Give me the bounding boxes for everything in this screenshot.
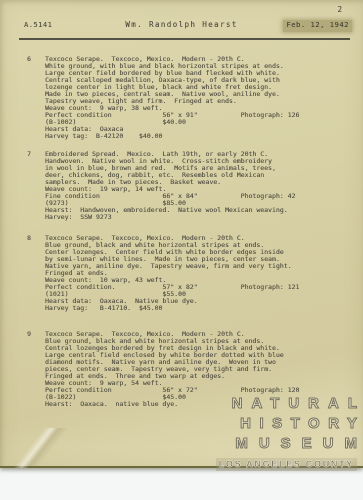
scanned-document-page: 2 A.5141 Wm. Randolph Hearst Feb. 12, 19… bbox=[0, 0, 363, 500]
header-rule bbox=[19, 38, 350, 40]
catalog-item-list: 6 Texcoco Serape. Texcoco, Mexico. Moder… bbox=[27, 56, 347, 408]
watermark-county-band: LOS ANGELES COUNTY bbox=[216, 458, 357, 471]
catalog-item-8: 8 Texcoco Serape. Texcoco, Mexico. Moder… bbox=[27, 235, 347, 312]
item-description: Texcoco Serape. Texcoco, Mexico. Modern … bbox=[45, 235, 299, 312]
watermark-museum: MUSEUM bbox=[216, 434, 363, 454]
item-description: Embroidered Spread. Mexico. Lath 19th, o… bbox=[45, 151, 295, 221]
watermark-history: HISTORY bbox=[216, 414, 363, 434]
item-description: Texcoco Serape. Texcoco, Mexico. Modern … bbox=[45, 56, 299, 140]
museum-watermark: NATURAL HISTORY MUSEUM LOS ANGELES COUNT… bbox=[216, 394, 357, 472]
page-number: 2 bbox=[337, 6, 342, 13]
catalog-item-6: 6 Texcoco Serape. Texcoco, Mexico. Moder… bbox=[27, 56, 347, 140]
paper-sheet: 2 A.5141 Wm. Randolph Hearst Feb. 12, 19… bbox=[0, 0, 363, 468]
watermark-natural: NATURAL bbox=[216, 394, 363, 414]
item-number: 8 bbox=[27, 235, 45, 242]
item-number: 9 bbox=[27, 331, 45, 338]
paper-crease bbox=[0, 428, 80, 468]
date-stamp: Feb. 12, 1942 bbox=[283, 20, 352, 32]
catalog-item-7: 7 Embroidered Spread. Mexico. Lath 19th,… bbox=[27, 151, 347, 221]
item-number: 7 bbox=[27, 151, 45, 158]
item-number: 6 bbox=[27, 56, 45, 63]
document-header: A.5141 Wm. Randolph Hearst Feb. 12, 1942 bbox=[0, 20, 363, 33]
